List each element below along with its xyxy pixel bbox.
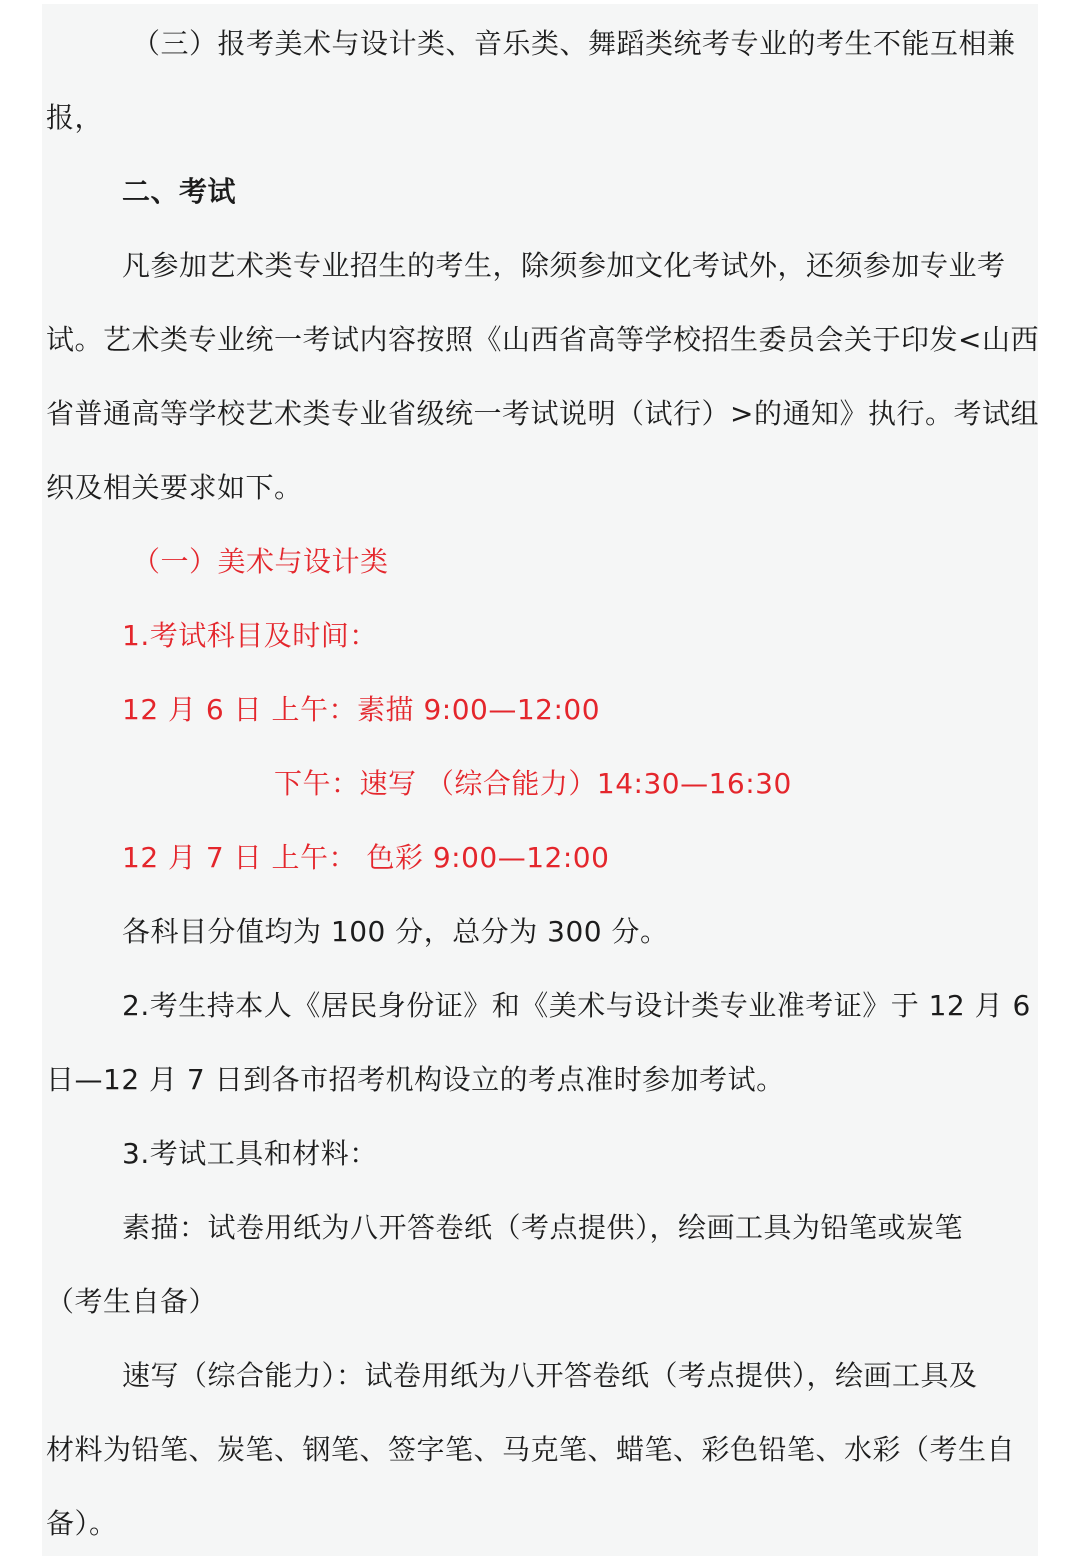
item-tools-materials: 3.考试工具和材料：	[122, 1136, 378, 1172]
paragraph-quick-sketch-tools: 速写（综合能力）：试卷用纸为八开答卷纸（考点提供），绘画工具及	[122, 1358, 978, 1394]
paragraph-line-intro-2: 试。艺术类专业统一考试内容按照《山西省高等学校招生委员会关于印发<山西	[46, 322, 1039, 358]
item-id-requirement-cont: 日—12 月 7 日到各市招考机构设立的考点准时参加考试。	[46, 1062, 785, 1098]
paragraph-line-intro-4: 织及相关要求如下。	[46, 470, 303, 506]
schedule-dec6-afternoon: 下午：速写 （综合能力）14:30—16:30	[274, 766, 792, 802]
section-heading-exam: 二、考试	[122, 174, 236, 210]
paragraph-quick-sketch-tools-cont: 材料为铅笔、炭笔、钢笔、签字笔、马克笔、蜡笔、彩色铅笔、水彩（考生自	[46, 1432, 1015, 1468]
paragraph-quick-sketch-tools-end: 备）。	[46, 1506, 118, 1542]
item-id-requirement: 2.考生持本人《居民身份证》和《美术与设计类专业准考证》于 12 月 6	[122, 988, 1031, 1024]
schedule-dec6-morning: 12 月 6 日 上午：素描 9:00—12:00	[122, 692, 600, 728]
paragraph-line-clause-3-cont: 报，	[46, 100, 103, 136]
schedule-dec7-morning: 12 月 7 日 上午： 色彩 9:00—12:00	[122, 840, 609, 876]
paragraph-scores: 各科目分值均为 100 分，总分为 300 分。	[122, 914, 669, 950]
document-panel: （三）报考美术与设计类、音乐类、舞蹈类统考专业的考生不能互相兼 报， 二、考试 …	[42, 4, 1038, 1556]
paragraph-sketch-tools: 素描：试卷用纸为八开答卷纸（考点提供），绘画工具为铅笔或炭笔	[122, 1210, 963, 1246]
paragraph-line-clause-3: （三）报考美术与设计类、音乐类、舞蹈类统考专业的考生不能互相兼	[132, 26, 1016, 62]
item-exam-subjects-time: 1.考试科目及时间：	[122, 618, 378, 654]
paragraph-line-intro-1: 凡参加艺术类专业招生的考生，除须参加文化考试外，还须参加专业考	[122, 248, 1006, 284]
paragraph-sketch-tools-cont: （考生自备）	[46, 1284, 217, 1320]
subheading-art-design: （一）美术与设计类	[132, 544, 389, 580]
paragraph-line-intro-3: 省普通高等学校艺术类专业省级统一考试说明（试行）>的通知》执行。考试组	[46, 396, 1039, 432]
